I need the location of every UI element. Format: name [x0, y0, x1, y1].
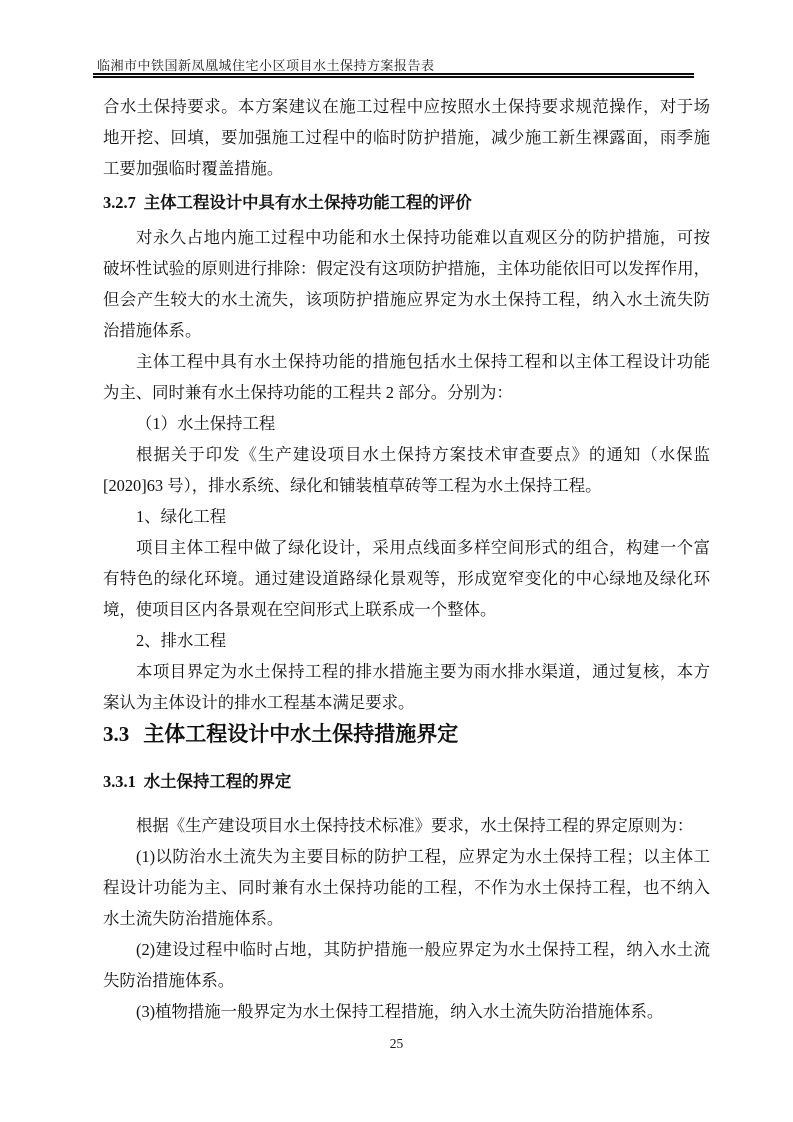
paragraph-line: 对永久占地内施工过程中功能和水土保持功能难以直观区分的防护措施，可按 — [103, 222, 710, 253]
header-title: 临湘市中铁国新凤凰城住宅小区项目水土保持方案报告表 — [97, 55, 435, 74]
paragraph-line: [2020]63 号），排水系统、绿化和铺装植草砖等工程为水土保持工程。 — [103, 470, 710, 501]
paragraph-line: 地开挖、回填，要加强施工过程中的临时防护措施，减少施工新生裸露面，雨季施 — [103, 122, 710, 153]
paragraph-line: 根据关于印发《生产建设项目水土保持方案技术审查要点》的通知（水保监 — [103, 439, 710, 470]
paragraph-line: 根据《生产建设项目水土保持技术标准》要求，水土保持工程的界定原则为： — [103, 810, 710, 841]
heading-title: 主体工程设计中具有水土保持功能工程的评价 — [144, 193, 472, 212]
paragraph-line: 有特色的绿化环境。通过建设道路绿化景观等，形成宽窄变化的中心绿地及绿化环 — [103, 563, 710, 594]
paragraph-line: 主体工程中具有水土保持功能的措施包括水土保持工程和以主体工程设计功能 — [103, 346, 710, 377]
paragraph-line: 案认为主体设计的排水工程基本满足要求。 — [103, 687, 710, 718]
heading-number: 3.2.7 — [103, 193, 136, 212]
heading-title: 水土保持工程的界定 — [144, 772, 292, 791]
header-rule — [93, 73, 694, 78]
section-heading-3-3: 3.3主体工程设计中水土保持措施界定 — [103, 720, 710, 748]
paragraph-line: 为主、同时兼有水土保持功能的工程共 2 部分。分别为： — [103, 377, 710, 408]
paragraph-line: 失防治措施体系。 — [103, 965, 710, 996]
paragraph-line: 但会产生较大的水土流失，该项防护措施应界定为水土保持工程，纳入水土流失防 — [103, 284, 710, 315]
document-page: 临湘市中铁国新凤凰城住宅小区项目水土保持方案报告表 合水土保持要求。本方案建议在… — [0, 0, 793, 1122]
paragraph-line: 合水土保持要求。本方案建议在施工过程中应按照水土保持要求规范操作，对于场 — [103, 91, 710, 122]
list-item-line: 1、绿化工程 — [103, 501, 710, 532]
paragraph-line: 破坏性试验的原则进行排除：假定没有这项防护措施，主体功能依旧可以发挥作用， — [103, 253, 710, 284]
section-heading-3-3-1: 3.3.1水土保持工程的界定 — [103, 766, 710, 797]
paragraph-line: 本项目界定为水土保持工程的排水措施主要为雨水排水渠道，通过复核，本方 — [103, 656, 710, 687]
paragraph-line: 治措施体系。 — [103, 315, 710, 346]
paragraph-line: 水土流失防治措施体系。 — [103, 903, 710, 934]
paragraph-line: (1)以防治水土流失为主要目标的防护工程，应界定为水土保持工程；以主体工 — [103, 841, 710, 872]
paragraph-line: 项目主体工程中做了绿化设计，采用点线面多样空间形式的组合，构建一个富 — [103, 532, 710, 563]
paragraph-line: 境，使项目区内各景观在空间形式上联系成一个整体。 — [103, 594, 710, 625]
section-heading-3-2-7: 3.2.7主体工程设计中具有水土保持功能工程的评价 — [103, 187, 710, 218]
heading-number: 3.3 — [103, 722, 129, 746]
list-item-line: （1）水土保持工程 — [103, 408, 710, 439]
paragraph-line: 程设计功能为主、同时兼有水土保持功能的工程，不作为水土保持工程，也不纳入 — [103, 872, 710, 903]
heading-number: 3.3.1 — [103, 772, 136, 791]
paragraph-line: (3)植物措施一般界定为水土保持工程措施，纳入水土流失防治措施体系。 — [103, 996, 710, 1027]
document-body: 合水土保持要求。本方案建议在施工过程中应按照水土保持要求规范操作，对于场 地开挖… — [103, 91, 710, 1027]
paragraph-line: (2)建设过程中临时占地，其防护措施一般应界定为水土保持工程，纳入水土流 — [103, 934, 710, 965]
heading-title: 主体工程设计中水土保持措施界定 — [143, 722, 458, 746]
list-item-line: 2、排水工程 — [103, 625, 710, 656]
page-number: 25 — [0, 1036, 793, 1052]
paragraph-line: 工要加强临时覆盖措施。 — [103, 153, 710, 184]
